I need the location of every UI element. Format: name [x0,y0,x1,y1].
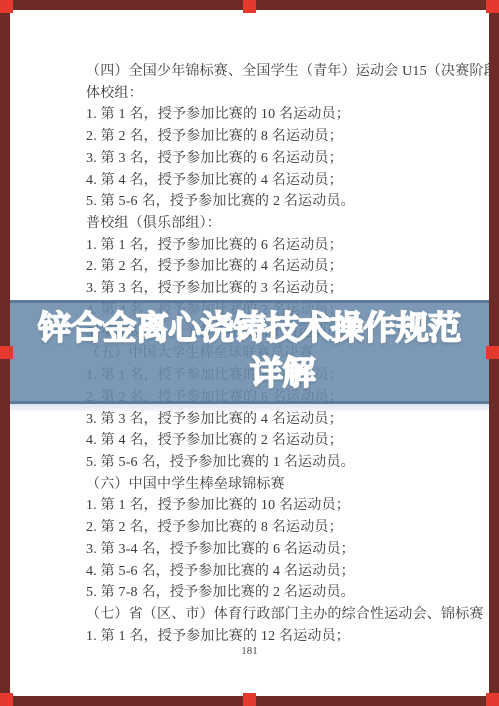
doc-line: 2. 第 2 名，授予参加比赛的 8 名运动员； [86,126,495,148]
doc-line: （四）全国少年锦标赛、全国学生（青年）运动会 U15（决赛阶段） [86,61,495,83]
selection-handle-top-center[interactable] [243,0,256,13]
doc-line: 5. 第 5-6 名，授予参加比赛的 1 名运动员。 [86,452,495,474]
doc-line: 5. 第 7-8 名，授予参加比赛的 2 名运动员。 [86,582,495,604]
selection-handle-middle-right[interactable] [486,346,499,359]
doc-line: 1. 第 1 名，授予参加比赛的 6 名运动员； [86,235,495,257]
doc-line: （六）中国中学生棒垒球锦标赛 [86,474,495,496]
watermark-band-glow [0,404,499,411]
page-number: 181 [0,645,499,657]
selection-handle-bottom-center[interactable] [243,693,256,706]
doc-line: 3. 第 3 名，授予参加比赛的 6 名运动员； [86,148,495,170]
doc-line: 普校组（俱乐部组）： [86,213,495,235]
selection-handle-bottom-right[interactable] [486,693,499,706]
doc-line: 1. 第 1 名，授予参加比赛的 10 名运动员； [86,104,495,126]
doc-line: 体校组： [86,83,495,105]
selection-handle-middle-left[interactable] [0,346,13,359]
selection-handle-top-right[interactable] [486,0,499,13]
doc-line: 4. 第 5-6 名，授予参加比赛的 4 名运动员； [86,561,495,583]
doc-line: 3. 第 3 名，授予参加比赛的 4 名运动员； [86,409,495,431]
document-page: （四）全国少年锦标赛、全国学生（青年）运动会 U15（决赛阶段） 体校组： 1.… [0,0,499,706]
doc-line: 4. 第 4 名，授予参加比赛的 4 名运动员； [86,170,495,192]
watermark-band [0,300,499,404]
doc-line: 4. 第 4 名，授予参加比赛的 2 名运动员； [86,430,495,452]
selection-handle-bottom-left[interactable] [0,693,13,706]
doc-line: 3. 第 3 名，授予参加比赛的 3 名运动员； [86,278,495,300]
doc-line: 1. 第 1 名，授予参加比赛的 10 名运动员； [86,495,495,517]
doc-line: 2. 第 2 名，授予参加比赛的 4 名运动员； [86,256,495,278]
doc-line: 2. 第 2 名，授予参加比赛的 8 名运动员； [86,517,495,539]
doc-line: （七）省（区、市）体育行政部门主办的综合性运动会、锦标赛 [86,604,495,626]
doc-line: 5. 第 5-6 名，授予参加比赛的 2 名运动员。 [86,191,495,213]
selection-handle-top-left[interactable] [0,0,13,13]
doc-line: 3. 第 3-4 名，授予参加比赛的 6 名运动员； [86,539,495,561]
